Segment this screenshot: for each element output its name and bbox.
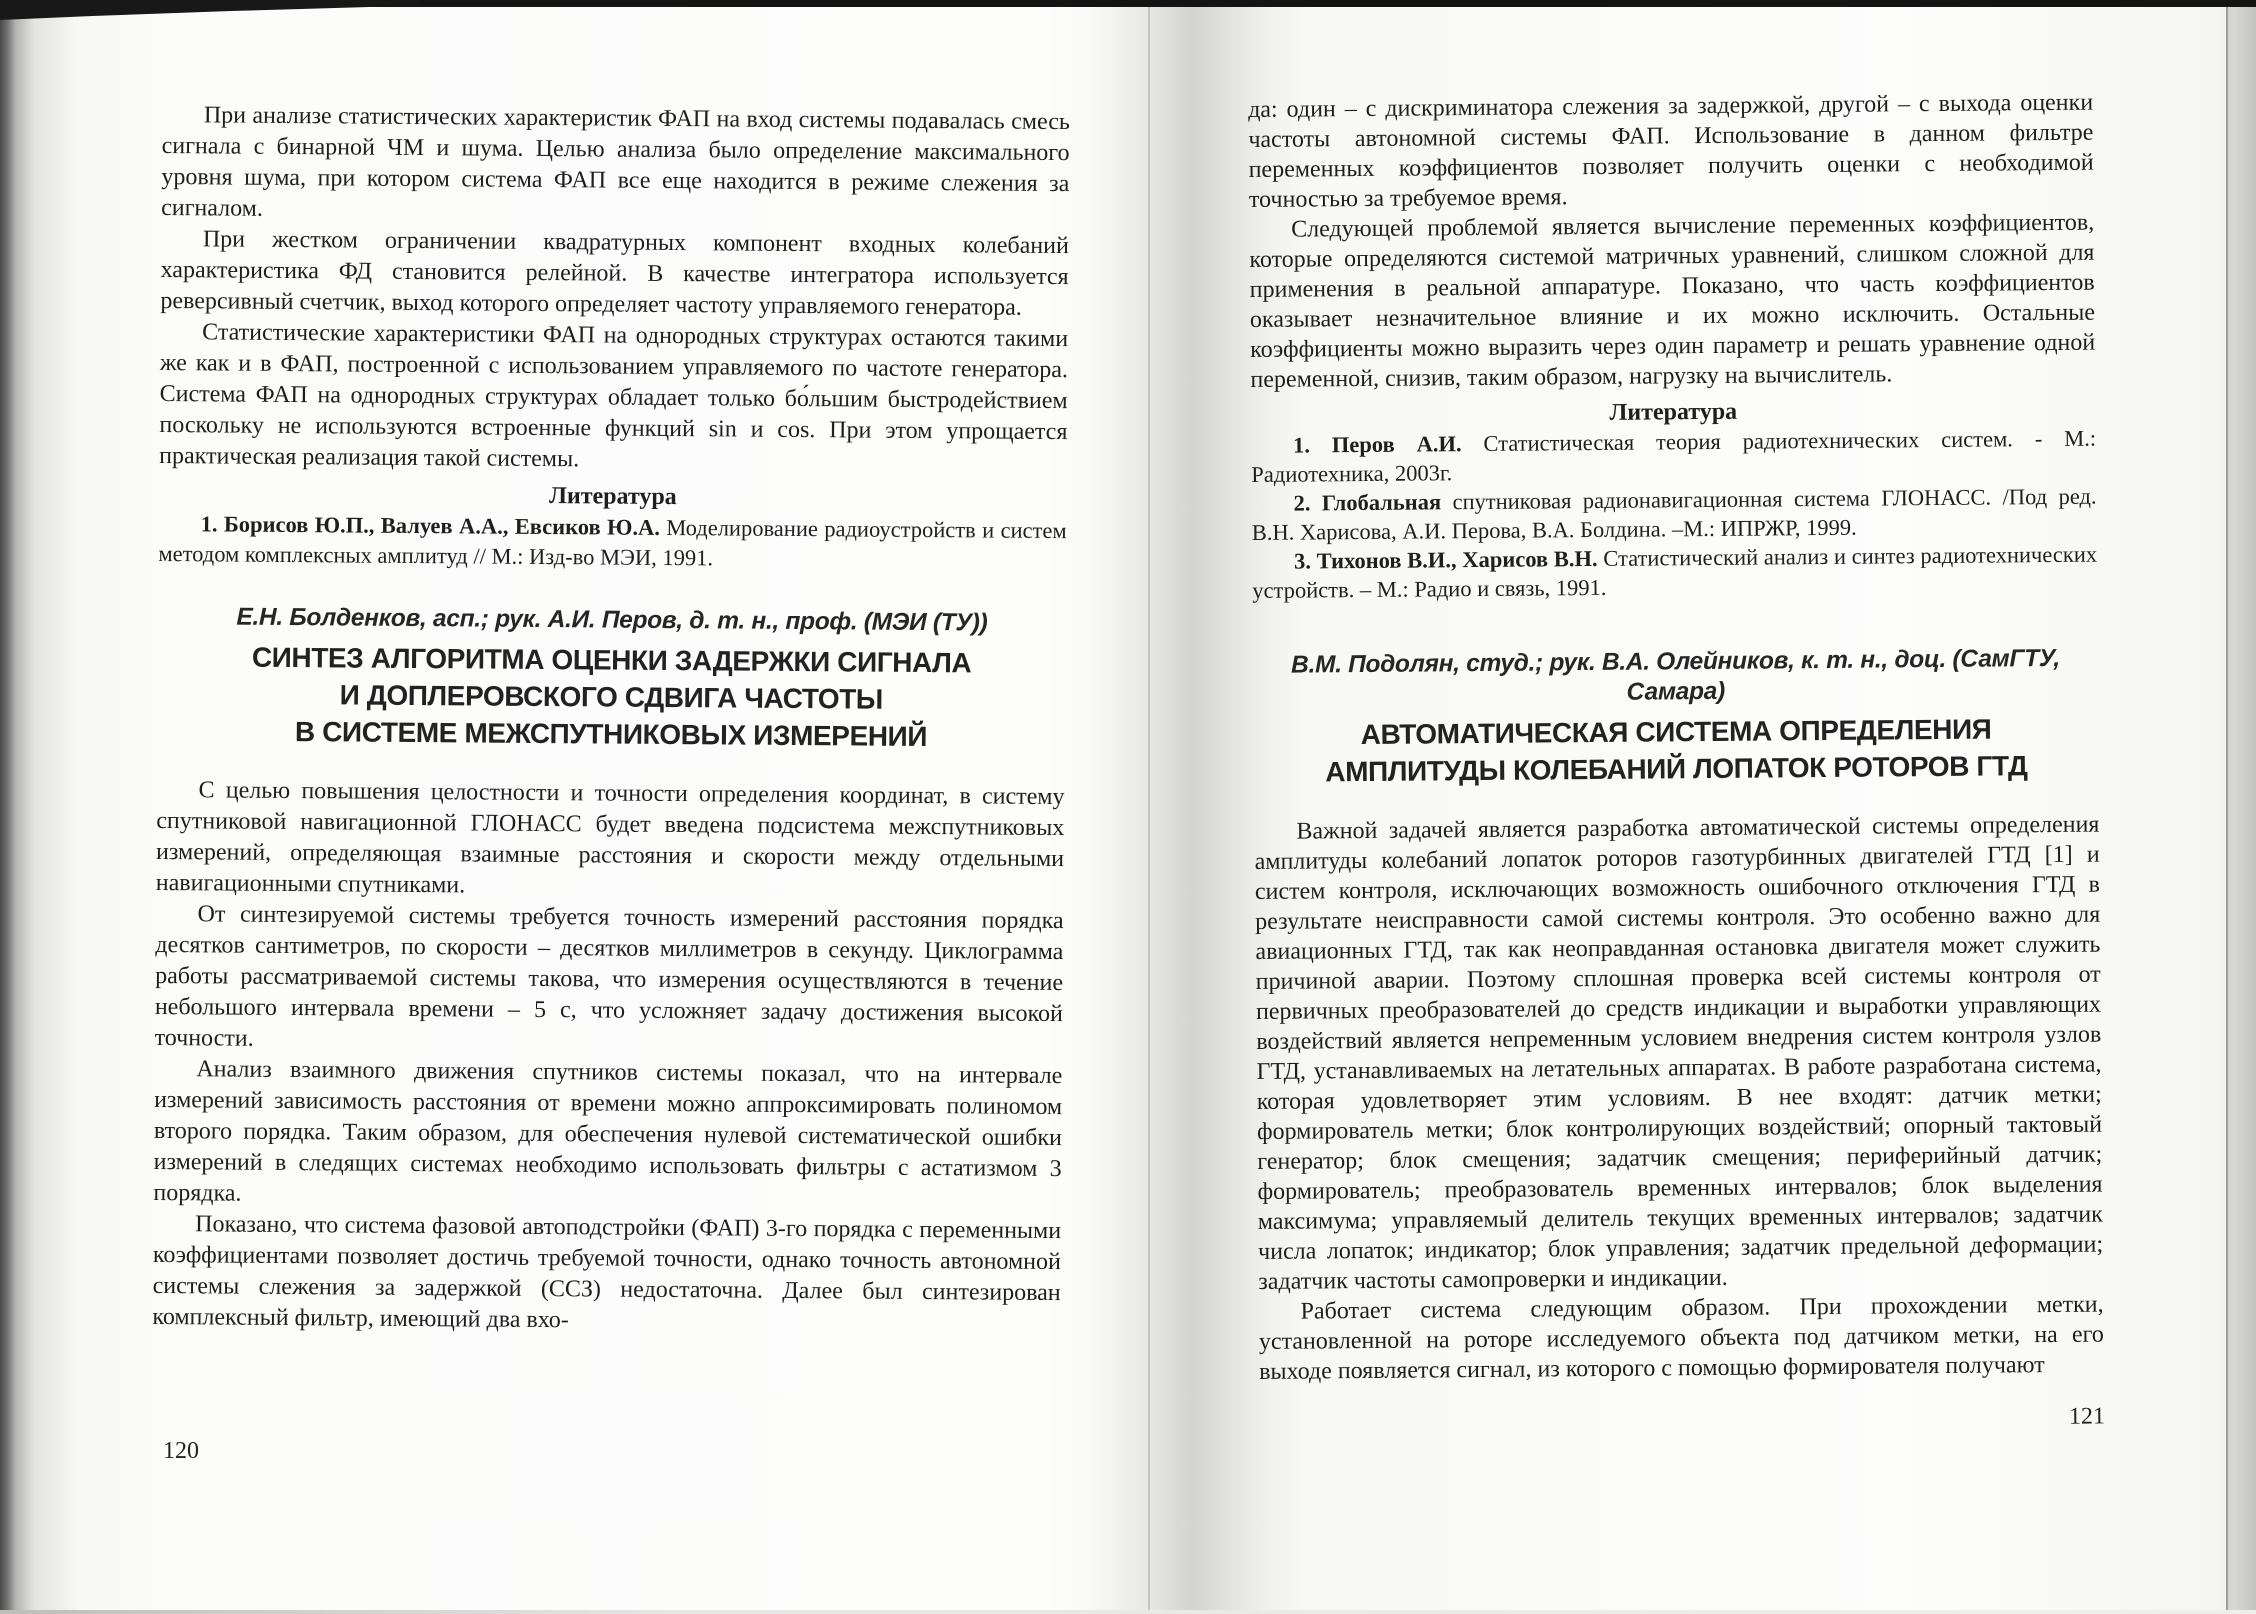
paragraph: Работает система следующим образом. При … — [1258, 1290, 2104, 1387]
book-scan-spread: При анализе статистических характеристик… — [0, 0, 2256, 1614]
left-page-text-column: При анализе статистических характеристик… — [152, 100, 1070, 1340]
page-number-left: 120 — [163, 1438, 199, 1465]
paragraph: При жестком ограничении квадратурных ком… — [160, 224, 1069, 324]
article-title-line: В СИСТЕМЕ МЕЖСПУТНИКОВЫХ ИЗМЕРЕНИЙ — [295, 716, 927, 752]
reference-item: 1. Борисов Ю.П., Валуев А.А., Евсиков Ю.… — [158, 509, 1066, 576]
article-title-line: СИНТЕЗ АЛГОРИТМА ОЦЕНКИ ЗАДЕРЖКИ СИГНАЛА — [252, 642, 972, 679]
article-title: СИНТЕЗ АЛГОРИТМА ОЦЕНКИ ЗАДЕРЖКИ СИГНАЛА… — [157, 638, 1066, 756]
paragraph: От синтезируемой системы требуется точно… — [155, 899, 1064, 1061]
scan-bottom-edge — [0, 1610, 2256, 1614]
book-gutter-line — [1148, 0, 1150, 1614]
reference-item: 1. Перов А.И. Статистическая теория ради… — [1251, 424, 2096, 489]
article-title-line: И ДОПЛЕРОВСКОГО СДВИГА ЧАСТОТЫ — [340, 679, 883, 714]
reference-item: 3. Тихонов В.И., Харисов В.Н. Статистиче… — [1252, 540, 2097, 605]
page-stack-right-edge — [2226, 0, 2256, 1614]
paragraph: Важной задачей является разработка автом… — [1254, 810, 2103, 1297]
reference-authors: 3. Тихонов В.И., Харисов В.Н. — [1294, 546, 1598, 574]
page-number-right: 121 — [1970, 1403, 2105, 1431]
reference-item: 2. Глобальная спутниковая радионавигацио… — [1251, 482, 2096, 547]
paragraph: С целью повышения целостности и точности… — [156, 775, 1065, 906]
paragraph: Анализ взаимного движения спутников сист… — [153, 1054, 1062, 1216]
article-title-line: АМПЛИТУДЫ КОЛЕБАНИЙ ЛОПАТОК РОТОРОВ ГТД — [1325, 750, 2027, 787]
paragraph: Следующей проблемой является вычисление … — [1249, 208, 2096, 395]
page-stack-right-line — [2226, 0, 2228, 1614]
paragraph-continuation: да: один – с дискриминатора слежения за … — [1248, 88, 2094, 215]
reference-authors: 1. Перов А.И. — [1293, 431, 1462, 457]
reference-authors: 1. Борисов Ю.П., Валуев А.А., Евсиков Ю.… — [201, 511, 660, 540]
scan-left-edge-shadow — [0, 0, 78, 1614]
article-title-line: АВТОМАТИЧЕСКАЯ СИСТЕМА ОПРЕДЕЛЕНИЯ — [1361, 714, 1992, 751]
reference-authors: 2. Глобальная — [1293, 489, 1441, 515]
paragraph: Показано, что система фазовой автоподстр… — [152, 1209, 1061, 1340]
article-authors-line: Е.Н. Болденков, асп.; рук. А.И. Перов, д… — [158, 601, 1066, 639]
paragraph: При анализе статистических характеристик… — [161, 100, 1070, 231]
paragraph: Статистические характеристики ФАП на одн… — [159, 317, 1068, 479]
right-page-text-column: да: один – с дискриминатора слежения за … — [1248, 88, 2104, 1387]
scan-top-left-wedge — [0, 0, 420, 20]
article-authors-line: В.М. Подолян, студ.; рук. В.А. Олейников… — [1253, 644, 2098, 711]
article-title: АВТОМАТИЧЕСКАЯ СИСТЕМА ОПРЕДЕЛЕНИЯ АМПЛИ… — [1253, 710, 2099, 791]
